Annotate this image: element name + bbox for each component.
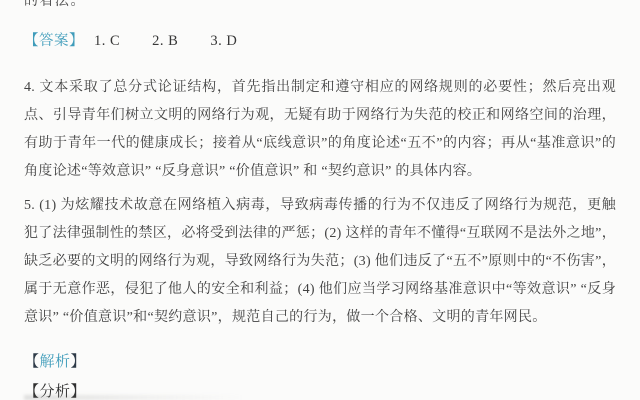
answer-item-1: 1. C xyxy=(94,33,120,49)
answer-item-2: 2. B xyxy=(152,33,178,49)
analysis-label-text: 解析 xyxy=(40,354,71,370)
analysis-bracket-close-icon: 】 xyxy=(71,354,87,370)
partial-top-line: 的看法。 xyxy=(24,0,616,10)
analysis-section-label: 【解析】 xyxy=(24,349,616,375)
analysis-bracket-open-icon: 【 xyxy=(24,354,40,370)
partial-bottom-line xyxy=(24,395,244,400)
document-page: 的看法。 【答案】1. C2. B3. D 4. 文本采取了总分式论证结构，首先… xyxy=(0,0,640,400)
answer-line: 【答案】1. C2. B3. D xyxy=(24,31,616,51)
paragraph-question-4: 4. 文本采取了总分式论证结构，首先指出制定和遵守相应的网络规则的必要性；然后亮… xyxy=(24,74,616,186)
answer-item-3: 3. D xyxy=(210,33,237,49)
answer-label: 【答案】 xyxy=(24,33,84,49)
paragraph-question-5: 5. (1) 为炫耀技术故意在网络植入病毒，导致病毒传播的行为不仅违反了网络行为… xyxy=(24,192,616,332)
